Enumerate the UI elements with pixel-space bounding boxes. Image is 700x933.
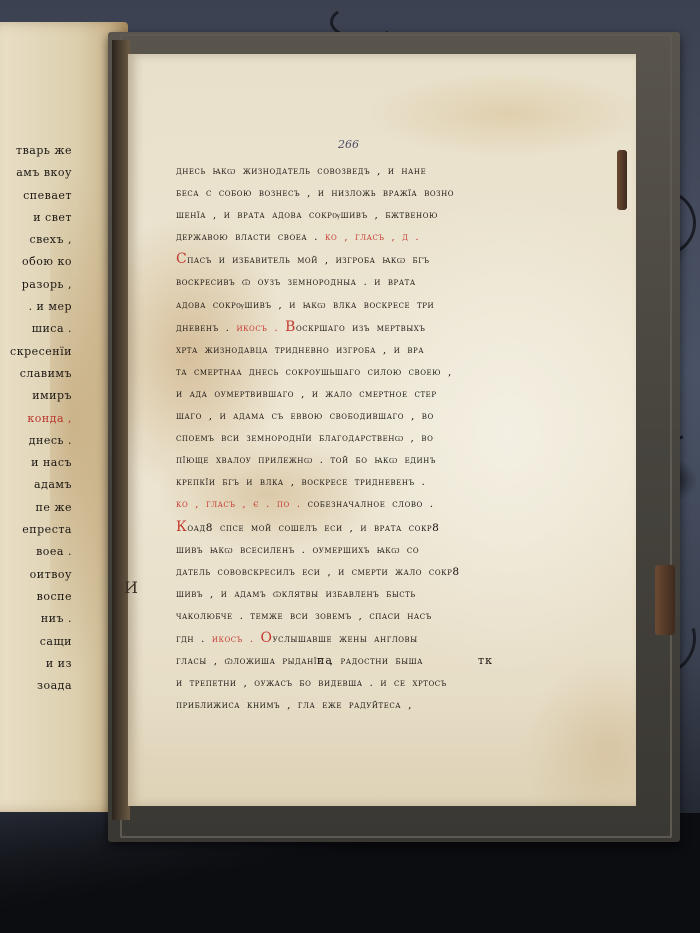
text-line: хрта жизнодавца тридневно изгроба , и вр… <box>176 339 492 361</box>
left-line: воеа . <box>0 541 72 563</box>
left-line: воспе <box>0 586 72 608</box>
left-line: имиръ <box>0 385 72 407</box>
text-line: Коад8 спсе мой сошелъ еси , и врата сокр… <box>176 516 492 539</box>
left-page-text: тварь же амъ вкоу спевает и свет свехъ ,… <box>0 140 72 697</box>
left-line: адамъ <box>0 474 72 496</box>
text-line: Спасъ и избавитель мой , изгроба ꙗкѡ бгъ <box>176 248 492 271</box>
left-line: скресенїи <box>0 341 72 363</box>
left-line: шиса . <box>0 318 72 340</box>
text-line: шивъ , и адамъ ѿклятвы избавленъ бысть <box>176 583 492 605</box>
text-line: дневенъ . икосъ . Воскршаго изъ мертвыхъ <box>176 316 492 339</box>
left-line: и насъ <box>0 452 72 474</box>
leather-tear <box>655 565 675 635</box>
page-number: 266 <box>338 138 359 151</box>
red-initial: С <box>176 251 187 267</box>
text-line: державою власти своеа . ко , гласъ , д . <box>176 226 492 248</box>
text-line: споемъ вси земнороднїи благодарственѡ , … <box>176 427 492 449</box>
left-line: и из <box>0 653 72 675</box>
signature-mark-left: па <box>317 654 333 667</box>
left-line: днесь . <box>0 430 72 452</box>
text-line: гласы , ѿложиша рыданїе , радостни быша <box>176 650 492 672</box>
left-line: оитвоу <box>0 564 72 586</box>
red-initial: К <box>176 519 187 535</box>
text-line: днесь ꙗкѡ жизнодатель совозведъ , и нане <box>176 160 492 182</box>
left-line: тварь же <box>0 140 72 162</box>
gutter-mark: И <box>124 578 138 597</box>
red-initial: О <box>261 630 273 646</box>
text-line: шаго , и адама съ еввою свободившаго , в… <box>176 405 492 427</box>
text-line: приближиса книмъ , гла еже радуйтеса , <box>176 694 492 716</box>
left-line: разорь , <box>0 274 72 296</box>
rubric-tone: ко , гласъ , д . <box>325 231 419 243</box>
text-line: и трепетни , оужасъ бо видевша . и се хр… <box>176 672 492 694</box>
right-page-text: днесь ꙗкѡ жизнодатель совозведъ , и нане… <box>176 160 492 716</box>
text-line: крепкїи бгъ и влка , воскресе тридневенъ… <box>176 471 492 493</box>
left-line: свехъ , <box>0 229 72 251</box>
text-line: датель сововскресилъ еси , и смерти жало… <box>176 561 492 583</box>
text-line: шенїа , и врата адова сокрѹшивъ , бжтвен… <box>176 204 492 226</box>
left-line: . и мер <box>0 296 72 318</box>
rubric-tone: ко , гласъ , є . по . <box>176 498 301 510</box>
left-line-rubric: конда , <box>0 408 72 430</box>
left-line: славимъ <box>0 363 72 385</box>
text-line: ко , гласъ , є . по . собезначалное слов… <box>176 493 492 515</box>
left-line: пе же <box>0 497 72 519</box>
rubric-ikos: икосъ . <box>236 322 278 334</box>
left-line: ниъ . <box>0 608 72 630</box>
left-line: и свет <box>0 207 72 229</box>
left-line: амъ вкоу <box>0 162 72 184</box>
text-line: чаколюбче . темже вси зовемъ , спаси нас… <box>176 605 492 627</box>
signature-mark-right: тк <box>478 654 493 667</box>
left-line: зоада <box>0 675 72 697</box>
text-line: беса с собою вознесъ , и низложь вражїа … <box>176 182 492 204</box>
left-line: спевает <box>0 185 72 207</box>
left-line: епреста <box>0 519 72 541</box>
rubric-ikos: икосъ . <box>212 633 254 645</box>
red-initial: В <box>285 319 296 335</box>
left-line: обою ко <box>0 251 72 273</box>
text-line: адова сокрѹшивъ , и ꙗкѡ влка воскресе тр… <box>176 294 492 316</box>
text-line: гдн . икосъ . Оуслышавше жены англовы <box>176 627 492 650</box>
text-line: та смертнаа днесь сокроушьшаго силою сво… <box>176 361 492 383</box>
leather-tear <box>617 150 627 210</box>
left-line: сащи <box>0 631 72 653</box>
text-line: пїюще хвалоу прилежнѡ . той бо ꙗкѡ единъ <box>176 449 492 471</box>
text-line: воскресивъ ѿ оузъ земнородныа . и врата <box>176 271 492 293</box>
text-line: шивъ ꙗкѡ всесиленъ . оумершихъ ꙗкѡ со <box>176 539 492 561</box>
floral-pattern-icon <box>142 850 223 925</box>
text-line: и ада оумертвившаго , и жало смертное ст… <box>176 383 492 405</box>
